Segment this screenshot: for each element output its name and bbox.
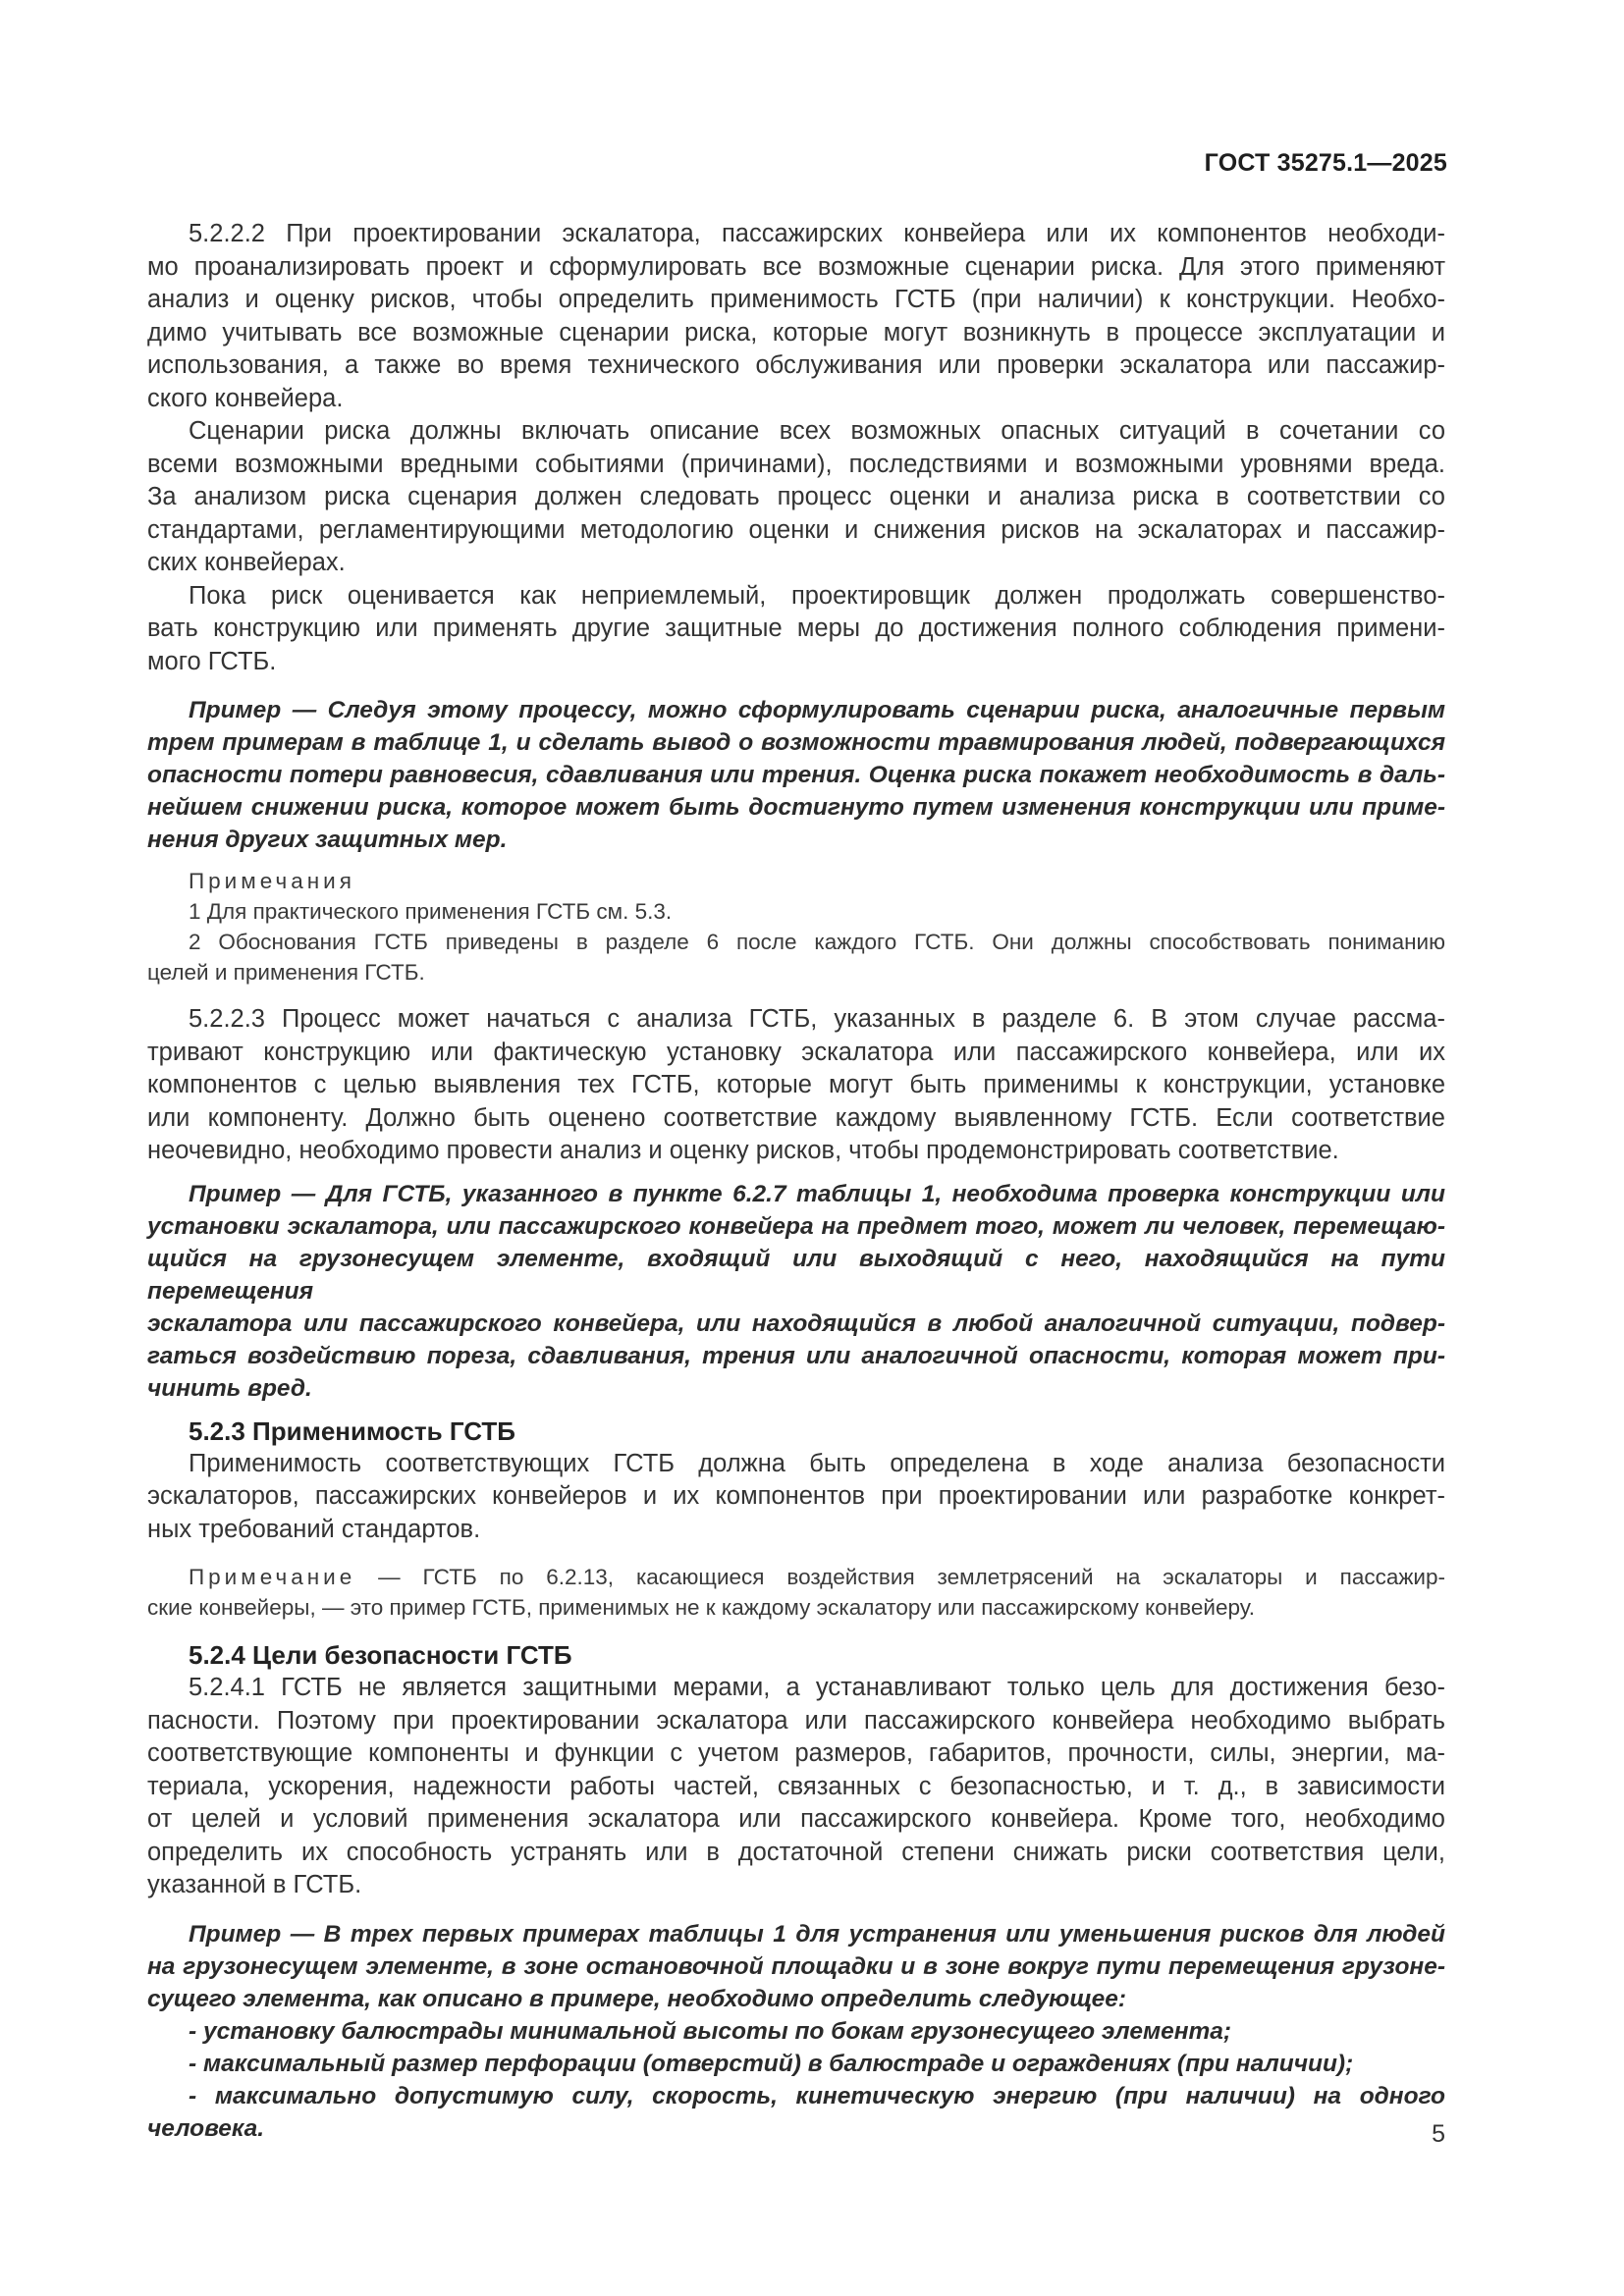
list-item: - максимально допустимую силу, скорость,… [147,2080,1445,2112]
text-line: сущего элемента, как описано в примере, … [147,1983,1445,2015]
note-item: 2 Обоснования ГСТБ приведены в разделе 6… [147,927,1445,957]
text-line: стандартами, регламентирующими методолог… [147,514,1445,548]
text-line: нейшем снижении риска, которое может быт… [147,791,1445,824]
text-line: ских конвейерах. [147,547,1445,580]
text-line: мо проанализировать проект и сформулиров… [147,251,1445,285]
text-line: эскалатора или пассажирского конвейера, … [147,1308,1445,1340]
example-2: Пример — Для ГСТБ, указанного в пункте 6… [147,1178,1445,1405]
text-line: Пример — Для ГСТБ, указанного в пункте 6… [147,1178,1445,1210]
text-line: За анализом риска сценария должен следов… [147,481,1445,514]
paragraph-risk-scenarios: Сценарии риска должны включать описание … [147,415,1445,580]
text-line: от целей и условий применения эскалатора… [147,1803,1445,1837]
example-3: Пример — В трех первых примерах таблицы … [147,1918,1445,2145]
text-line: анализ и оценку рисков, чтобы определить… [147,284,1445,317]
document-page: ГОСТ 35275.1—2025 5.2.2.2 При проектиров… [0,0,1624,2296]
note-label: Примечание [189,1565,355,1589]
text-line: Пример — Следуя этому процессу, можно сф… [147,694,1445,726]
text-line: 5.2.2.3 Процесс может начаться с анализа… [147,1003,1445,1037]
text-line: или компоненту. Должно быть оценено соот… [147,1102,1445,1136]
paragraph-5-2-4-1: 5.2.4.1 ГСТБ не является защитными мерам… [147,1672,1445,1902]
text-line: ского конвейера. [147,383,1445,416]
section-heading-5-2-4: 5.2.4 Цели безопасности ГСТБ [147,1638,1445,1672]
note-5-2-3: Примечание — ГСТБ по 6.2.13, касающиеся … [147,1562,1445,1623]
text-line: пасности. Поэтому при проектировании эск… [147,1705,1445,1738]
text-line: Пример — В трех первых примерах таблицы … [147,1918,1445,1950]
page-number: 5 [1432,2120,1445,2149]
note-item-continuation: целей и применения ГСТБ. [147,957,1445,988]
paragraph-5-2-2-2: 5.2.2.2 При проектировании эскалатора, п… [147,218,1445,415]
note-line: ские конвейеры, — это пример ГСТБ, приме… [147,1592,1445,1623]
paragraph-5-2-3: Применимость соответствующих ГСТБ должна… [147,1448,1445,1547]
text-line: 5.2.2.2 При проектировании эскалатора, п… [147,218,1445,251]
text-line: териала, ускорения, надежности работы ча… [147,1771,1445,1804]
text-line: использования, а также во время техничес… [147,349,1445,383]
text-line: трем примерам в таблице 1, и сделать выв… [147,726,1445,759]
text-line: неочевидно, необходимо провести анализ и… [147,1135,1445,1168]
note-line: Примечание — ГСТБ по 6.2.13, касающиеся … [147,1562,1445,1592]
text-line: Пока риск оценивается как неприемлемый, … [147,580,1445,614]
text-line: указанной в ГСТБ. [147,1869,1445,1902]
text-line: чинить вред. [147,1372,1445,1405]
text-line: гаться воздействию пореза, сдавливания, … [147,1340,1445,1372]
example-1: Пример — Следуя этому процессу, можно сф… [147,694,1445,856]
text-line: всеми возможными вредными событиями (при… [147,449,1445,482]
text-line: на грузонесущем элементе, в зоне останов… [147,1950,1445,1983]
text-line: Применимость соответствующих ГСТБ должна… [147,1448,1445,1481]
paragraph-5-2-2-3: 5.2.2.3 Процесс может начаться с анализа… [147,1003,1445,1168]
text-line: Сценарии риска должны включать описание … [147,415,1445,449]
text-line: установки эскалатора, или пассажирского … [147,1210,1445,1243]
notes-title: Примечания [147,866,1445,896]
note-text: — ГСТБ по 6.2.13, касающиеся воздействия… [355,1565,1445,1589]
text-line: 5.2.4.1 ГСТБ не является защитными мерам… [147,1672,1445,1705]
text-line: нения других защитных мер. [147,824,1445,856]
text-line: ных требований стандартов. [147,1514,1445,1547]
list-item-continuation: человека. [147,2112,1445,2145]
text-line: определить их способность устранять или … [147,1837,1445,1870]
text-line: щийся на грузонесущем элементе, входящий… [147,1243,1445,1308]
list-item: - максимальный размер перфорации (отверс… [147,2048,1445,2080]
text-line: эскалаторов, пассажирских конвейеров и и… [147,1480,1445,1514]
text-line: опасности потери равновесия, сдавливания… [147,759,1445,791]
text-line: димо учитывать все возможные сценарии ри… [147,317,1445,350]
text-line: компонентов с целью выявления тех ГСТБ, … [147,1069,1445,1102]
list-item: - установку балюстрады минимальной высот… [147,2015,1445,2048]
paragraph-unacceptable-risk: Пока риск оценивается как неприемлемый, … [147,580,1445,679]
document-header-id: ГОСТ 35275.1—2025 [1205,149,1447,178]
text-line: мого ГСТБ. [147,646,1445,679]
text-line: соответствующие компоненты и функции с у… [147,1737,1445,1771]
section-heading-5-2-3: 5.2.3 Применимость ГСТБ [147,1415,1445,1448]
notes-block: Примечания 1 Для практического применени… [147,866,1445,988]
text-line: тривают конструкцию или фактическую уста… [147,1037,1445,1070]
page-content: 5.2.2.2 При проектировании эскалатора, п… [147,218,1445,2145]
text-line: вать конструкцию или применять другие за… [147,613,1445,646]
note-item: 1 Для практического применения ГСТБ см. … [147,896,1445,927]
